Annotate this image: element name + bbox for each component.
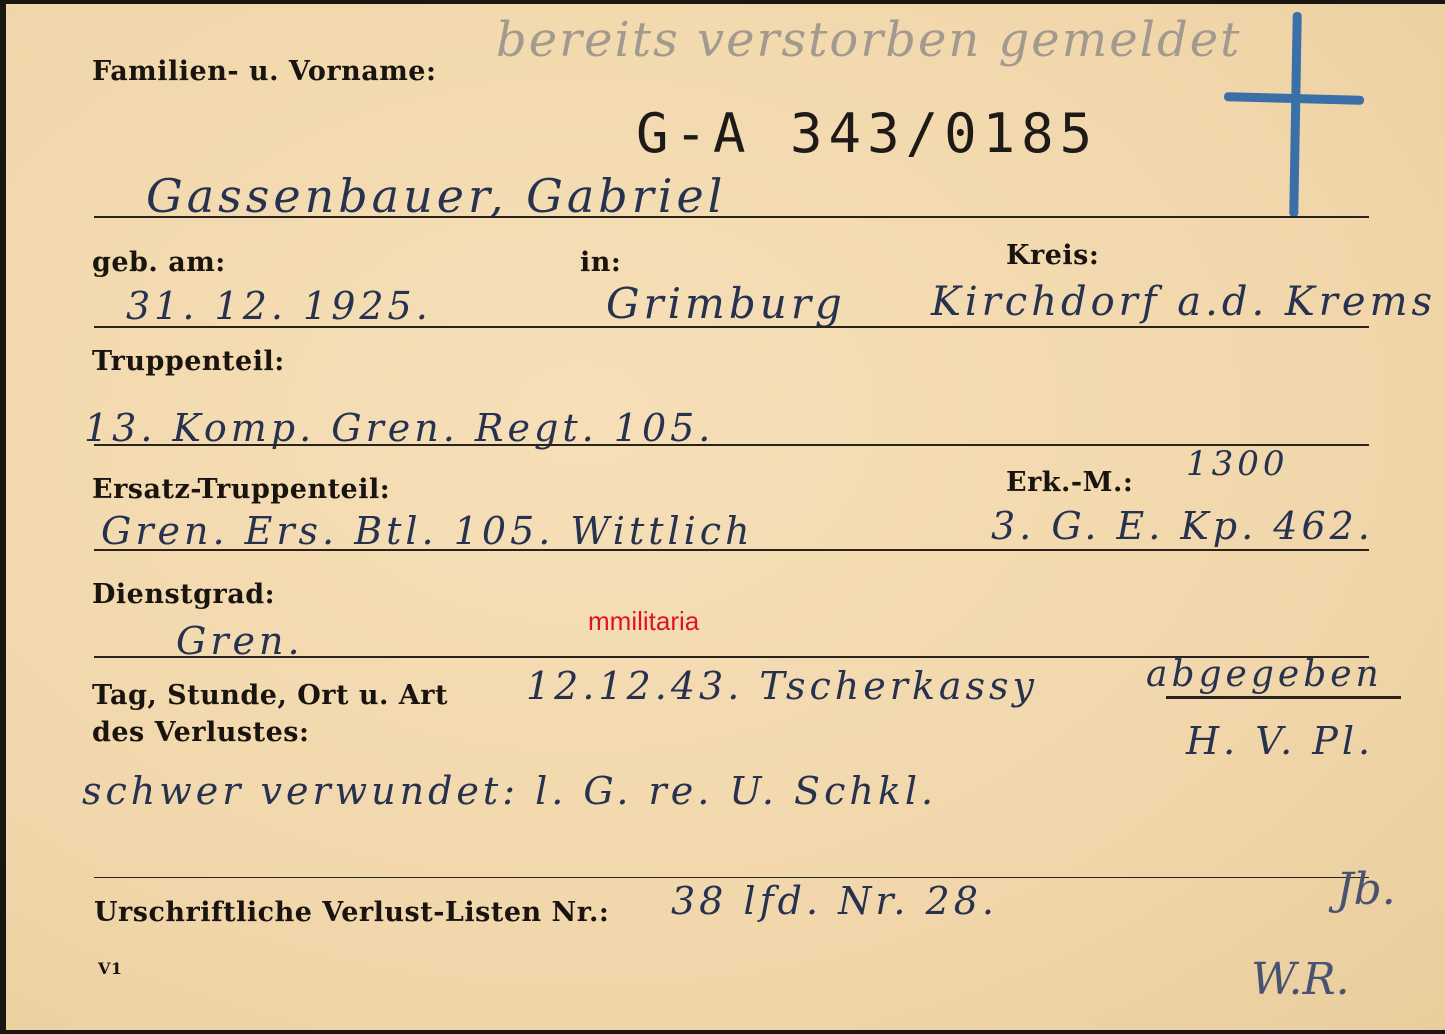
transfer-underline	[1166, 696, 1401, 699]
name-label: Familien- u. Vorname:	[92, 56, 436, 87]
transfer-note: abgegeben	[1146, 654, 1383, 695]
birth-date-label: geb. am:	[92, 247, 226, 278]
id-tag-label: Erk.-M.:	[1006, 467, 1133, 498]
rank-label: Dienstgrad:	[92, 579, 275, 610]
loss-label-line-1: Tag, Stunde, Ort u. Art	[92, 680, 448, 711]
birth-date-value: 31. 12. 1925.	[126, 284, 432, 328]
birth-place-value: Grimburg	[606, 279, 846, 328]
pencil-annotation: bereits verstorben gemeldet	[496, 12, 1241, 68]
name-value: Gassenbauer, Gabriel	[146, 169, 726, 223]
initials-signature-2: W.R.	[1251, 954, 1350, 1005]
form-code: V1	[98, 959, 123, 978]
district-label: Kreis:	[1006, 240, 1099, 271]
unit-label: Truppenteil:	[92, 346, 285, 377]
loss-list-label: Urschriftliche Verlust-Listen Nr.:	[94, 897, 609, 928]
id-tag-number: 1300	[1186, 444, 1289, 484]
district-value: Kirchdorf a.d. Krems	[931, 279, 1436, 325]
rule-name	[94, 216, 1369, 218]
rule-birth	[94, 326, 1369, 328]
birth-place-label: in:	[580, 247, 621, 278]
loss-label-line-2: des Verlustes:	[92, 717, 309, 748]
loss-list-value: 38 lfd. Nr. 28.	[671, 879, 998, 923]
loss-description: schwer verwundet: l. G. re. U. Schkl.	[82, 769, 937, 813]
rule-unit	[94, 444, 1369, 446]
death-cross-icon	[1289, 12, 1302, 217]
replacement-unit-value: Gren. Ers. Btl. 105. Wittlich	[101, 509, 754, 553]
rule-loss	[94, 877, 1369, 878]
initials-signature-1: Jb.	[1336, 864, 1396, 915]
death-cross-icon-bar	[1224, 92, 1364, 105]
watermark: mmilitaria	[588, 606, 699, 637]
casualty-record-card: bereits verstorben gemeldet Familien- u.…	[6, 4, 1445, 1030]
transfer-destination: H. V. Pl.	[1186, 719, 1374, 763]
file-number-stamp: G-A 343/0185	[636, 102, 1098, 165]
replacement-unit-label: Ersatz-Truppenteil:	[92, 474, 390, 505]
rule-replacement	[94, 549, 1369, 551]
loss-date-place: 12.12.43. Tscherkassy	[526, 664, 1038, 708]
id-tag-unit: 3. G. E. Kp. 462.	[991, 504, 1374, 548]
